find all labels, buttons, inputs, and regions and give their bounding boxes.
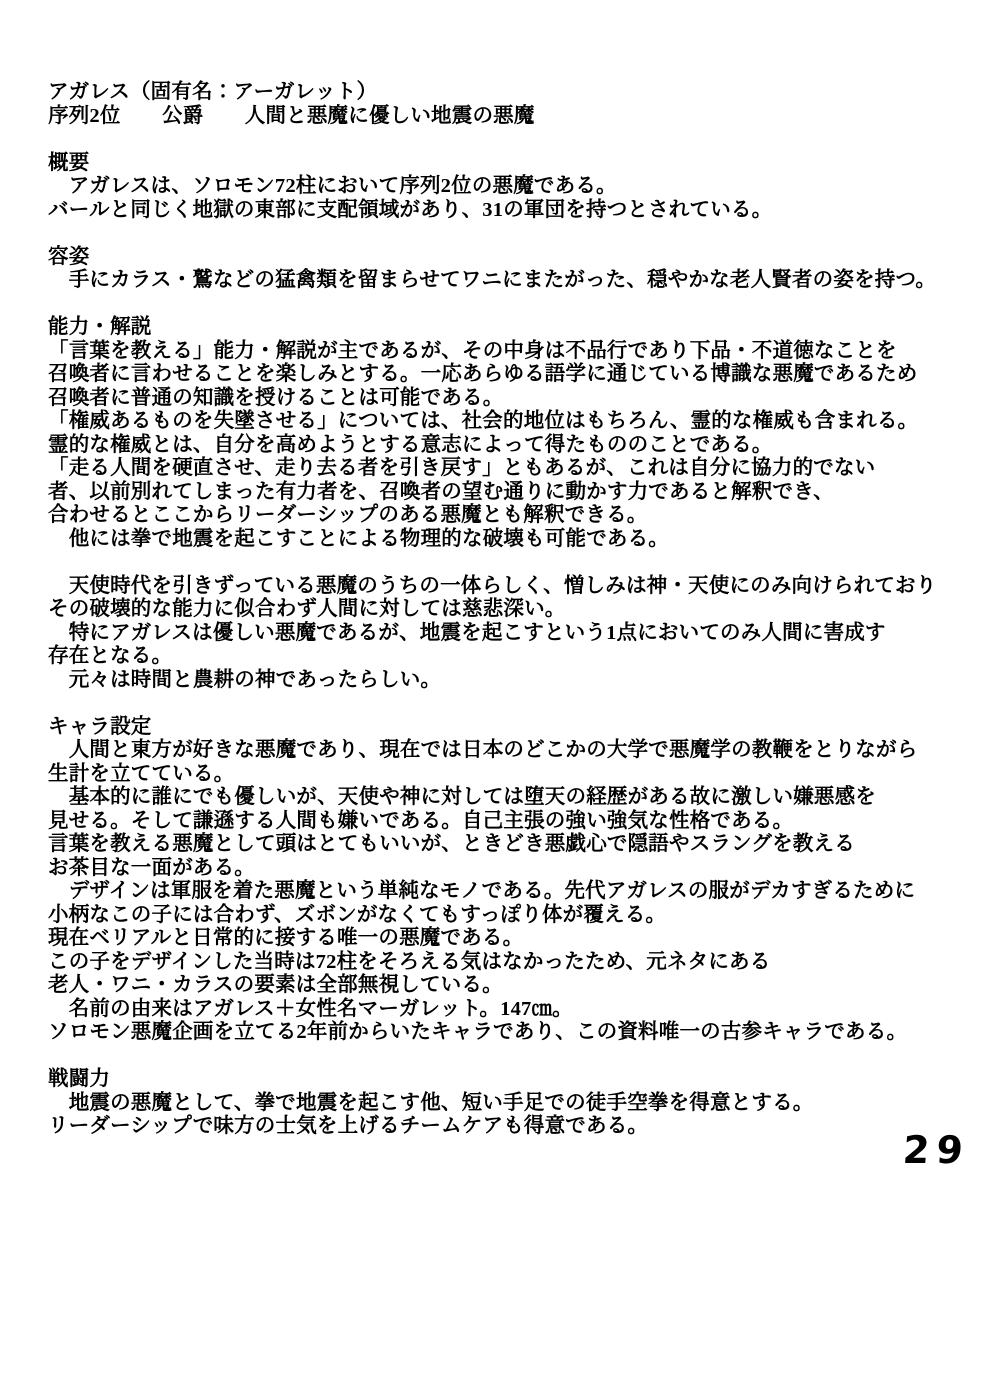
section-character-notes-heading: キャラ設定 [48,716,980,740]
character-rank-line: 序列2位 公爵 人間と悪魔に優しい地震の悪魔 [48,105,980,129]
character-name-line: アガレス（固有名：アーガレット） [48,81,980,105]
page-content: アガレス（固有名：アーガレット） 序列2位 公爵 人間と悪魔に優しい地震の悪魔 … [48,81,980,1162]
section-abilities-body: 「言葉を教える」能力・解説が主であるが、その中身は不品行であり下品・不道徳なこと… [48,340,980,693]
section-abilities: 能力・解説 「言葉を教える」能力・解説が主であるが、その中身は不品行であり下品・… [48,316,980,692]
title-block: アガレス（固有名：アーガレット） 序列2位 公爵 人間と悪魔に優しい地震の悪魔 [48,81,980,128]
section-appearance: 容姿 手にカラス・鷲などの猛禽類を留まらせてワニにまたがった、穏やかな老人賢者の… [48,246,980,293]
section-overview: 概要 アガレスは、ソロモン72柱において序列2位の悪魔である。 バールと同じく地… [48,152,980,223]
page-number: 29 [901,1128,971,1172]
section-abilities-heading: 能力・解説 [48,316,980,340]
section-character-notes: キャラ設定 人間と東方が好きな悪魔であり、現在では日本のどこかの大学で悪魔学の教… [48,716,980,1045]
section-combat-body: 地震の悪魔として、拳で地震を起こす他、短い手足での徒手空拳を得意とする。 リーダ… [48,1092,980,1139]
section-character-notes-body: 人間と東方が好きな悪魔であり、現在では日本のどこかの大学で悪魔学の教鞭をとりなが… [48,739,980,1045]
document-page: アガレス（固有名：アーガレット） 序列2位 公爵 人間と悪魔に優しい地震の悪魔 … [0,0,1000,1393]
section-appearance-heading: 容姿 [48,246,980,270]
section-combat: 戦闘力 地震の悪魔として、拳で地震を起こす他、短い手足での徒手空拳を得意とする。… [48,1068,980,1139]
section-combat-heading: 戦闘力 [48,1068,980,1092]
section-overview-body: アガレスは、ソロモン72柱において序列2位の悪魔である。 バールと同じく地獄の東… [48,175,980,222]
section-appearance-body: 手にカラス・鷲などの猛禽類を留まらせてワニにまたがった、穏やかな老人賢者の姿を持… [48,269,980,293]
section-overview-heading: 概要 [48,152,980,176]
